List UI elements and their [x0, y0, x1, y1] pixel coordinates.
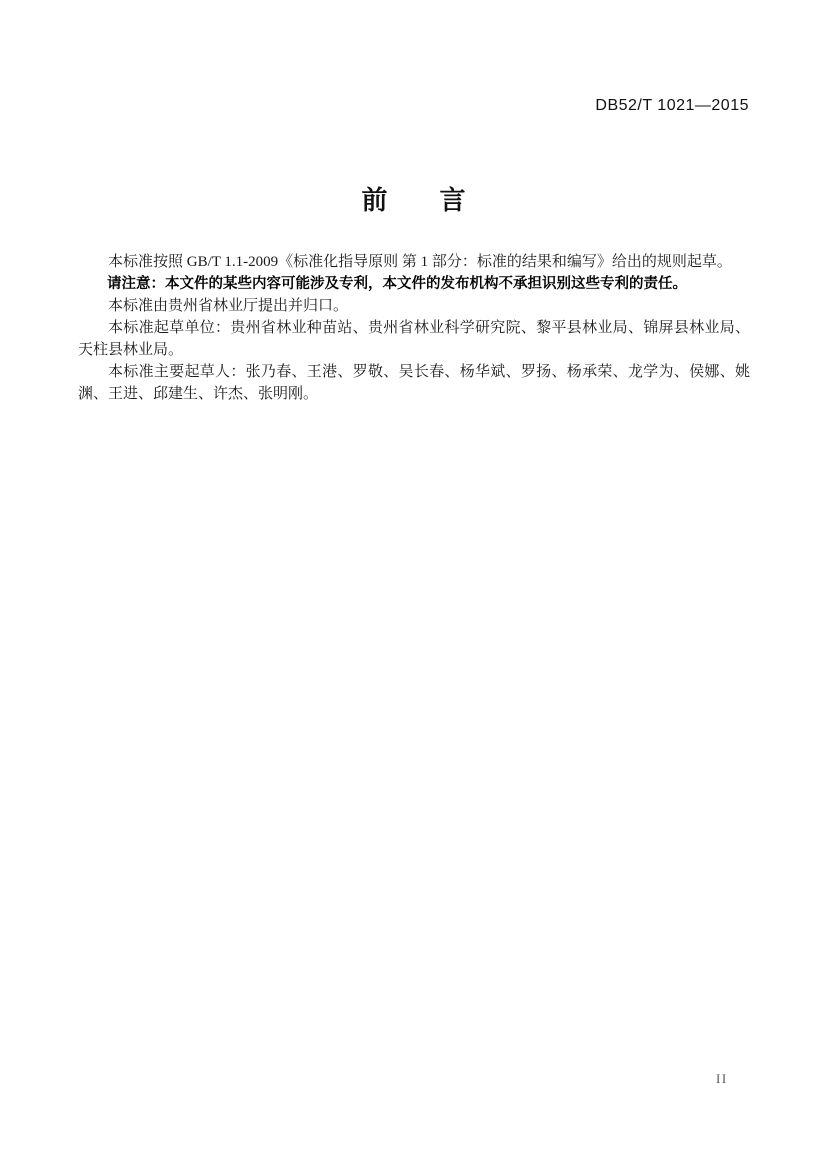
paragraph-proposed-by: 本标准由贵州省林业厅提出并归口。	[78, 295, 750, 317]
page-title: 前 言	[0, 180, 827, 217]
paragraph-drafting-organizations: 本标准起草单位：贵州省林业种苗站、贵州省林业科学研究院、黎平县林业局、锦屏县林业…	[78, 317, 750, 361]
paragraph-patent-notice: 请注意：本文件的某些内容可能涉及专利，本文件的发布机构不承担识别这些专利的责任。	[78, 273, 750, 295]
foreword-content: 本标准按照 GB/T 1.1-2009《标准化指导原则 第 1 部分：标准的结果…	[78, 251, 750, 405]
paragraph-main-drafters: 本标准主要起草人：张乃春、王港、罗敬、吴长春、杨华斌、罗扬、杨承荣、龙学为、侯娜…	[78, 361, 750, 405]
document-page: DB52/T 1021—2015 前 言 本标准按照 GB/T 1.1-2009…	[0, 0, 827, 1169]
page-number: II	[716, 1071, 728, 1087]
paragraph-drafting-rules: 本标准按照 GB/T 1.1-2009《标准化指导原则 第 1 部分：标准的结果…	[78, 251, 750, 273]
standard-code-header: DB52/T 1021—2015	[595, 97, 749, 115]
